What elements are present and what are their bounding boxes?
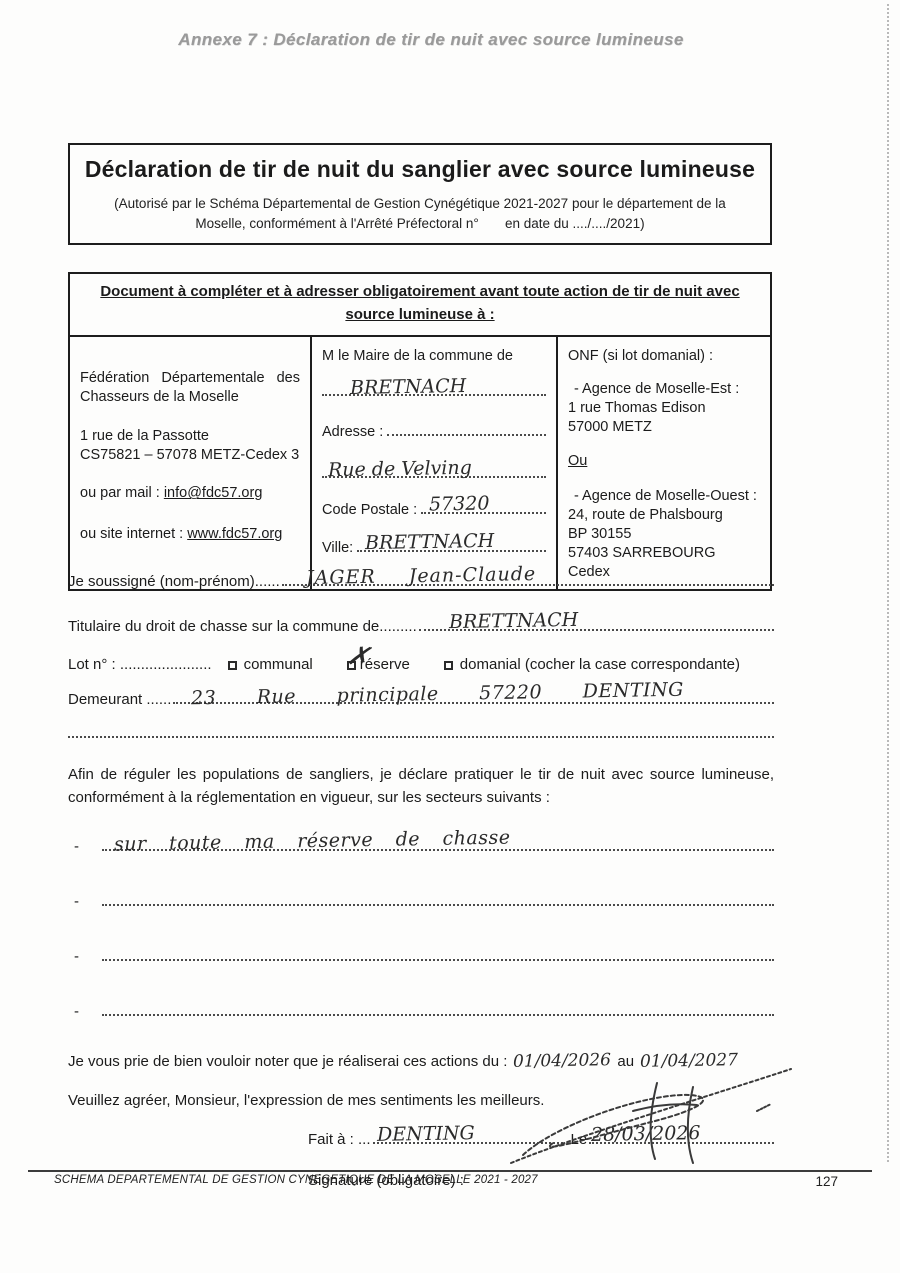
recipients-header: Document à compléter et à adresser oblig… — [70, 274, 770, 337]
recipients-columns: Fédération Départementale des Chasseurs … — [70, 337, 770, 589]
bullet-marker: - — [68, 1003, 100, 1020]
signature-scribble — [505, 1055, 805, 1173]
recipients-header-text: Document à compléter et à adresser oblig… — [100, 283, 739, 323]
sector-row-4: - — [68, 998, 774, 1020]
scan-artifact-edge — [887, 4, 889, 1162]
demeurant-handwriting: 23 Rue principale 57220 DENTING — [191, 681, 684, 709]
demeurant-row: Demeurant ...... 23 Rue principale 57220… — [68, 686, 774, 708]
demeurant-label: Demeurant ...... — [68, 691, 171, 708]
maire-commune-handwriting: BRETNACH — [350, 377, 467, 398]
onf-ouest-address2: BP 30155 — [568, 526, 631, 542]
maire-commune-field: BRETNACH — [322, 374, 546, 396]
maire-code-row: Code Postale : 57320 — [322, 494, 546, 520]
onf-ou: Ou — [568, 452, 760, 471]
sector-list: - sur toute ma réserve de chasse - - - — [68, 833, 774, 1020]
form-subtitle-line1: (Autorisé par le Schéma Départemental de… — [114, 196, 726, 211]
fait-a-label: Fait à : ... — [308, 1131, 371, 1148]
federation-column: Fédération Départementale des Chasseurs … — [70, 337, 312, 589]
lot-label: Lot n° : ...................... — [68, 656, 212, 673]
titulaire-label: Titulaire du droit de chasse sur la comm… — [68, 618, 417, 635]
form-subtitle-line2: Moselle, conformément à l'Arrêté Préfect… — [195, 216, 644, 231]
maire-adresse-field: Rue de Velving — [322, 456, 546, 478]
soussigne-label: Je soussigné (nom-prénom)...... — [68, 573, 280, 590]
sector-field-2 — [102, 888, 774, 906]
onf-ou-text: Ou — [568, 453, 587, 469]
lot-row: Lot n° : ...................... communal… — [68, 656, 774, 673]
federation-mail-line: ou par mail : info@fdc57.org — [80, 484, 300, 503]
federation-name: Fédération Départementale des Chasseurs … — [80, 369, 300, 407]
annex-header: Annexe 7 : Déclaration de tir de nuit av… — [0, 30, 862, 50]
bullet-marker: - — [68, 893, 100, 910]
page-number: 127 — [815, 1174, 872, 1189]
sector-field-3 — [102, 943, 774, 961]
bullet-marker: - — [68, 948, 100, 965]
domanial-label: domanial (cocher la case correspondante) — [460, 656, 740, 673]
sector-field-4 — [102, 998, 774, 1016]
actions-label: Je vous prie de bien vouloir noter que j… — [68, 1053, 507, 1070]
federation-site-link: www.fdc57.org — [187, 526, 282, 542]
onf-ouest-address1: 24, route de Phalsbourg — [568, 507, 723, 523]
onf-column: ONF (si lot domanial) : - Agence de Mose… — [558, 337, 770, 589]
federation-address: 1 rue de la Passotte CS75821 – 57078 MET… — [80, 427, 300, 465]
sector-handwriting-1: sur toute ma réserve de chasse — [114, 829, 511, 855]
federation-address-line2: CS75821 – 57078 METZ-Cedex 3 — [80, 447, 299, 463]
federation-mail-prefix: ou par mail : — [80, 485, 164, 501]
maire-ville-label: Ville: — [322, 539, 353, 558]
reserve-label: réserve — [360, 656, 410, 673]
demeurant-field: 23 Rue principale 57220 DENTING — [173, 686, 774, 704]
federation-mail-link: info@fdc57.org — [164, 485, 263, 501]
reserve-checkbox-wrap: ✗ — [313, 656, 360, 673]
maire-adresse-handwriting: Rue de Velving — [328, 458, 472, 480]
titulaire-handwriting: BRETTNACH — [449, 611, 579, 632]
dotted-rule — [68, 736, 774, 738]
soussigne-row: Je soussigné (nom-prénom)...... JAGER Je… — [68, 568, 774, 590]
onf-est-address2: 57000 METZ — [568, 419, 652, 435]
onf-est-address1: 1 rue Thomas Edison — [568, 400, 706, 416]
onf-title: ONF (si lot domanial) : — [568, 347, 760, 366]
sector-row-2: - — [68, 888, 774, 910]
soussigne-handwriting: JAGER Jean-Claude — [306, 565, 536, 588]
maire-intro: M le Maire de la commune de — [322, 347, 546, 366]
sector-field-1: sur toute ma réserve de chasse — [102, 833, 774, 851]
maire-adresse-dots — [387, 416, 546, 436]
scanned-declaration-form: Annexe 7 : Déclaration de tir de nuit av… — [0, 0, 900, 1273]
maire-ville-row: Ville: BRETTNACH — [322, 532, 546, 558]
onf-est-block: - Agence de Moselle-Est : 1 rue Thomas E… — [568, 380, 760, 437]
maire-adresse-label: Adresse : — [322, 423, 383, 442]
maire-code-label: Code Postale : — [322, 501, 417, 520]
title-box: Déclaration de tir de nuit du sanglier a… — [68, 143, 772, 245]
recipients-table: Document à compléter et à adresser oblig… — [68, 272, 772, 591]
communal-label: communal — [244, 656, 313, 673]
maire-ville-handwriting: BRETTNACH — [365, 531, 495, 552]
federation-site-prefix: ou site internet : — [80, 526, 187, 542]
federation-address-line1: 1 rue de la Passotte — [80, 428, 209, 444]
onf-est-label: - Agence de Moselle-Est : — [568, 381, 739, 397]
page-footer: SCHEMA DEPARTEMENTAL DE GESTION CYNEGETI… — [28, 1170, 872, 1189]
fait-a-handwriting: DENTING — [376, 1124, 474, 1145]
sector-row-3: - — [68, 943, 774, 965]
federation-site-line: ou site internet : www.fdc57.org — [80, 525, 300, 544]
form-title: Déclaration de tir de nuit du sanglier a… — [76, 156, 764, 183]
maire-code-handwriting: 57320 — [429, 494, 490, 514]
reserve-checkbox — [347, 661, 356, 670]
domanial-checkbox — [444, 661, 453, 670]
footer-title: SCHEMA DEPARTEMENTAL DE GESTION CYNEGETI… — [28, 1174, 538, 1186]
form-subtitle: (Autorisé par le Schéma Départemental de… — [76, 194, 764, 233]
titulaire-field: BRETTNACH — [419, 613, 774, 631]
titulaire-row: Titulaire du droit de chasse sur la comm… — [68, 613, 774, 635]
sector-row-1: - sur toute ma réserve de chasse — [68, 833, 774, 855]
maire-code-field: 57320 — [421, 494, 546, 514]
maire-adresse-row: Adresse : — [322, 416, 546, 442]
maire-column: M le Maire de la commune de BRETNACH Adr… — [312, 337, 558, 589]
maire-ville-field: BRETTNACH — [357, 532, 546, 552]
communal-checkbox — [228, 661, 237, 670]
soussigne-field: JAGER Jean-Claude — [282, 568, 774, 586]
declaration-paragraph: Afin de réguler les populations de sangl… — [68, 764, 774, 809]
onf-ouest-label: - Agence de Moselle-Ouest : — [568, 488, 757, 504]
bullet-marker: - — [68, 838, 100, 855]
